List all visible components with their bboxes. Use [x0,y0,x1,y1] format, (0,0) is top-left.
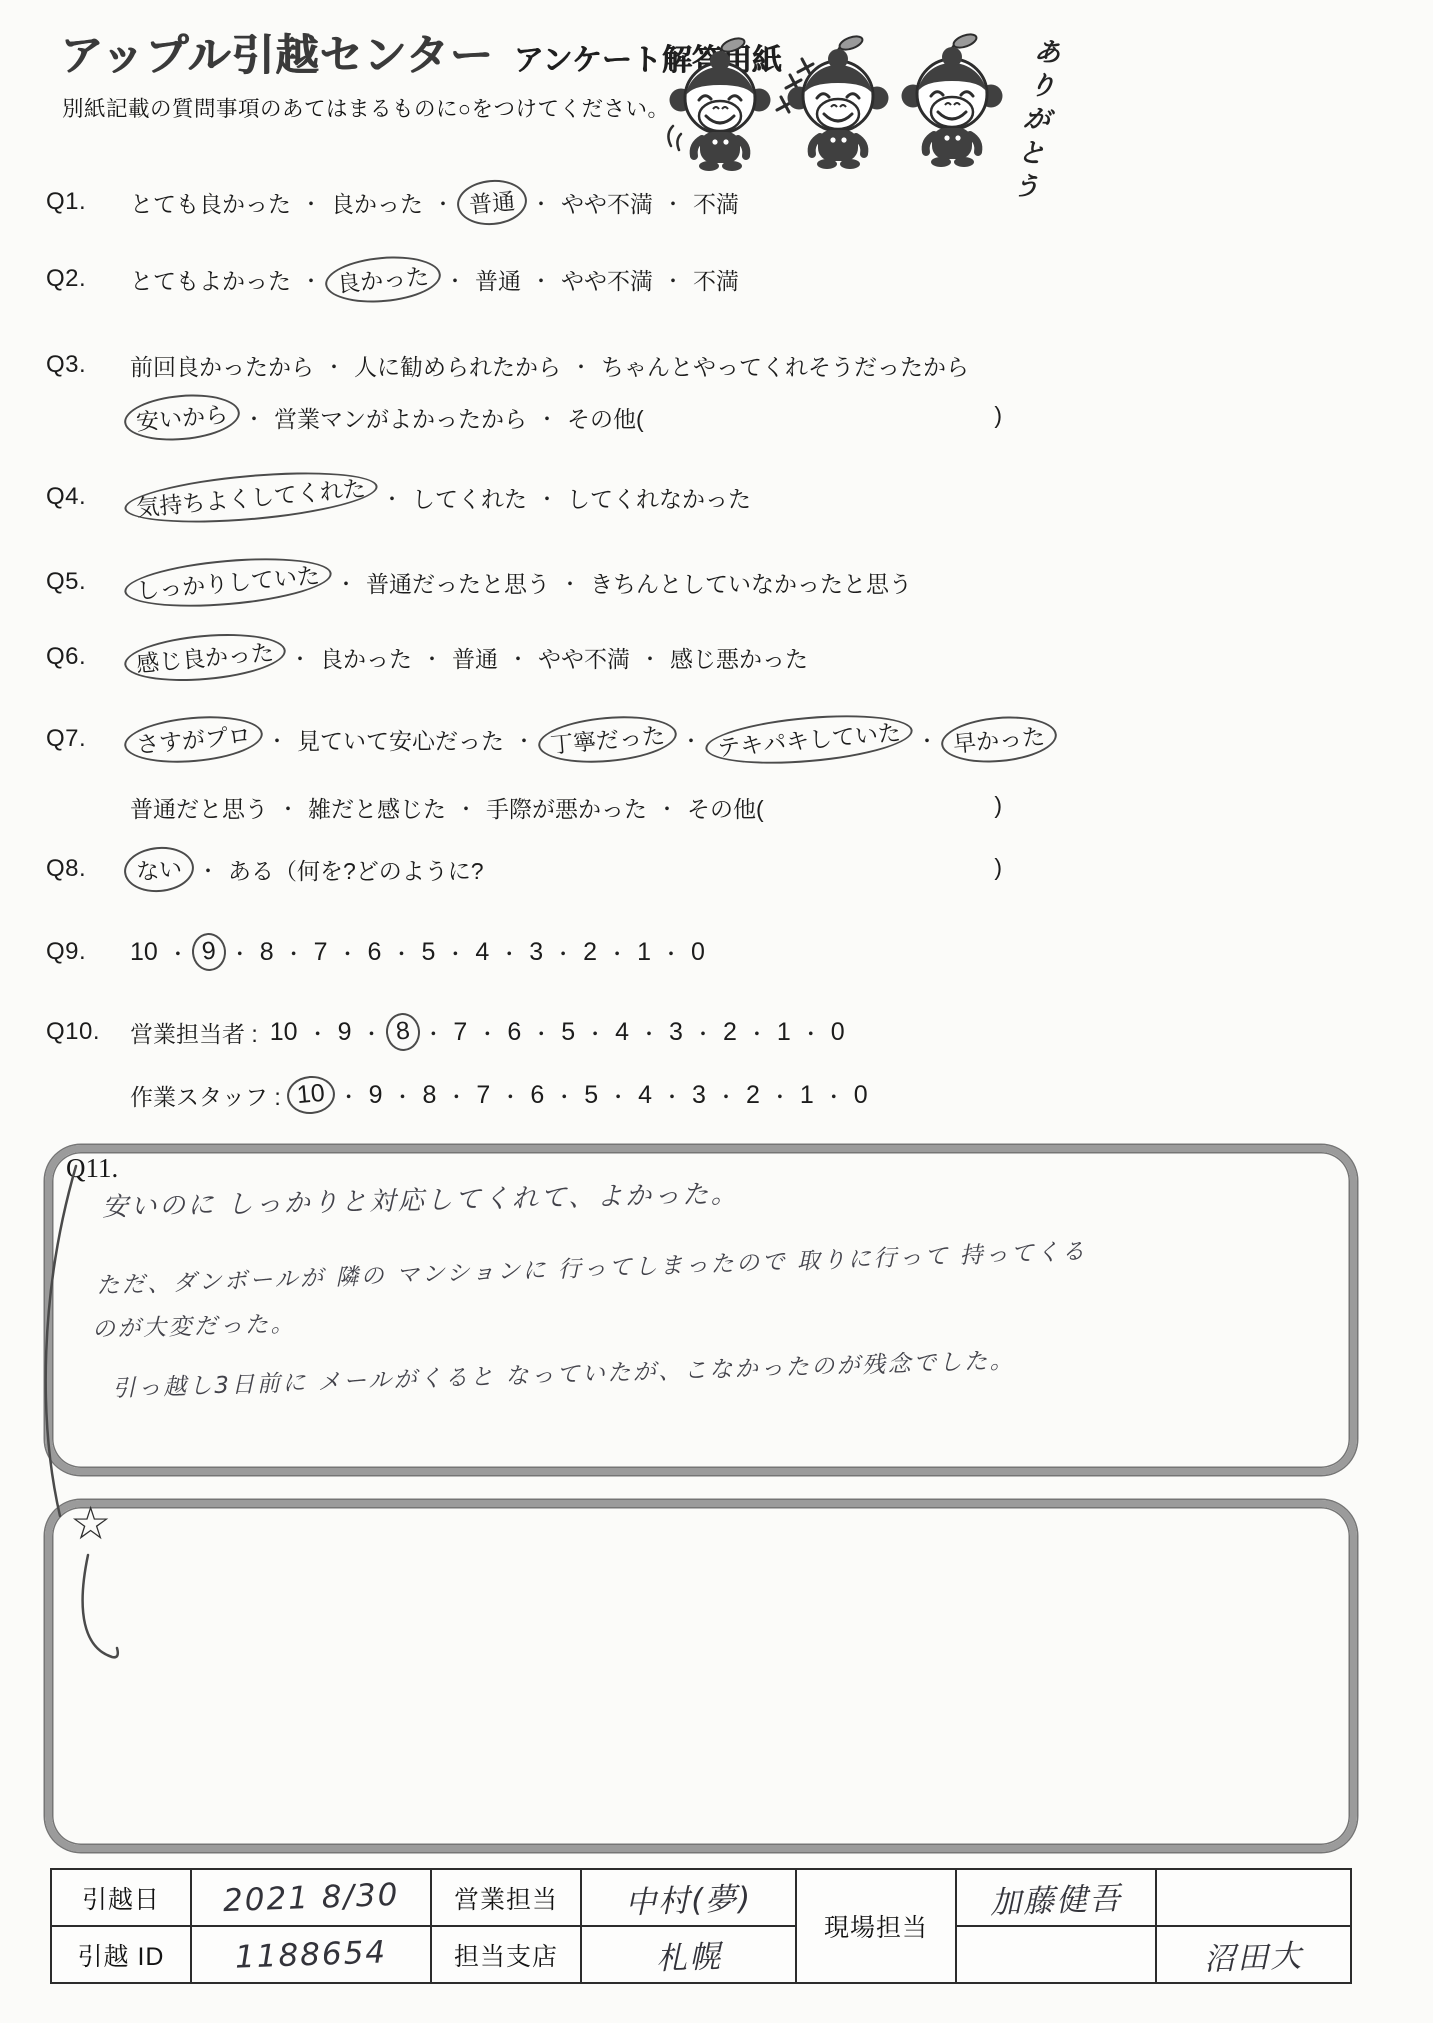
option: 8 [423,1081,437,1110]
option-separator: ・ [747,1018,767,1047]
scale-prefix-label: 作業スタッフ : [130,1079,281,1112]
option-separator: ・ [267,725,287,754]
option-separator: ・ [290,643,310,672]
option: 良かった [331,186,423,219]
option: その他( [687,791,764,824]
survey-page: アップル引越センター アンケート解答用紙 別紙記載の質問事項のあてはまるものに○… [0,0,1433,2023]
question-line-q10-1: Q10.営業担当者 :10・9・8・7・6・5・4・3・2・1・0 [46,1015,1002,1049]
question-id: Q4. [46,483,130,511]
option-separator: ・ [770,1081,790,1110]
option-separator: ・ [433,188,453,217]
option-separator: ・ [531,265,551,294]
option-separator: ・ [639,1018,659,1047]
footer-label-cell: 現場担当 [796,1869,956,1983]
option-separator: ・ [423,1018,443,1047]
option: 0 [691,938,705,967]
question-line-q9: Q9.10・9・8・7・6・5・4・3・2・1・0 [46,935,1002,969]
option-separator: ・ [362,1018,382,1047]
option-separator: ・ [284,938,304,967]
footer-handwritten-cell: 沼田大 [1156,1926,1351,1983]
circled-option: しっかりしていた [122,551,333,614]
option-separator: ・ [301,265,321,294]
question-id: Q9. [46,938,130,966]
option-separator: ・ [560,568,580,597]
option: 7 [453,1018,467,1047]
option-separator: ・ [716,1081,736,1110]
option: 普通 [452,641,498,674]
option: 手際が悪かった [486,791,647,824]
option: 普通だと思う [130,791,268,824]
footer-table-body: 引越日2021 8/30営業担当中村(夢)現場担当加藤健吾引越 ID118865… [51,1869,1351,1983]
close-paren: ) [994,402,1002,429]
option-separator: ・ [661,938,681,967]
footer-label-cell: 引越日 [51,1869,191,1926]
close-paren: ) [994,854,1002,881]
option: 10 [130,938,158,967]
option: 3 [692,1081,706,1110]
circled-option: 安いから [122,390,241,445]
option: 1 [637,938,651,967]
question-id: Q2. [46,265,130,293]
option: 4 [475,938,489,967]
option: とても良かった [130,186,291,219]
option: 5 [584,1081,598,1110]
option: 前回良かったから [130,349,314,382]
option-separator: ・ [244,403,264,432]
star-mark: ☆ [70,1496,111,1550]
option: 2 [723,1018,737,1047]
option-separator: ・ [681,725,701,754]
option-separator: ・ [657,793,677,822]
option-separator: ・ [508,643,528,672]
option: 6 [507,1018,521,1047]
option-separator: ・ [693,1018,713,1047]
option-separator: ・ [824,1081,844,1110]
question-id: Q8. [46,855,130,883]
option: 3 [529,938,543,967]
option-separator: ・ [308,1018,328,1047]
option: きちんとしていなかったと思う [590,566,912,599]
circled-option: 感じ良かった [122,628,287,687]
option: 普通だったと思う [366,566,550,599]
option: 普通 [475,263,521,296]
option: 感じ悪かった [670,641,808,674]
option: 7 [476,1081,490,1110]
option-separator: ・ [477,1018,497,1047]
circled-option: 8 [384,1012,421,1053]
option: 5 [561,1018,575,1047]
option-separator: ・ [198,855,218,884]
option-separator: ・ [531,188,551,217]
option: 2 [583,938,597,967]
question-id: Q3. [46,351,130,379]
question-id: Q6. [46,643,130,671]
option: 4 [615,1018,629,1047]
footer-handwritten-cell: 1188654 [191,1926,431,1983]
footer-handwritten-cell: 2021 8/30 [191,1869,431,1926]
option-separator: ・ [554,1081,574,1110]
question-line-q3-2: 安いから・営業マンがよかったから・その他() [46,400,1002,434]
option: 7 [314,938,328,967]
option-separator: ・ [553,938,573,967]
option-separator: ・ [336,568,356,597]
footer-handwritten-cell: 中村(夢) [581,1869,796,1926]
circled-option: 気持ちよくしてくれた [123,464,380,531]
footer-handwritten-cell [1156,1869,1351,1926]
question-id: Q5. [46,568,130,596]
monkey-mascot-2 [788,34,889,169]
option-separator: ・ [339,1081,359,1110]
footer-handwritten-cell: 加藤健吾 [956,1869,1156,1926]
option-separator: ・ [608,1081,628,1110]
option-separator: ・ [801,1018,821,1047]
question-id: Q1. [46,188,130,216]
option: 1 [800,1081,814,1110]
option: 6 [530,1081,544,1110]
option: 不満 [693,186,739,219]
footer-table-row: 引越 ID1188654担当支店札幌沼田大 [51,1926,1351,1983]
circled-option: ない [122,844,196,895]
option-separator: ・ [607,938,627,967]
footer-label-cell: 営業担当 [431,1869,581,1926]
option: 営業マンがよかったから [274,401,527,434]
question-line-q1: Q1.とても良かった・良かった・普通・やや不満・不満 [46,185,1002,219]
option-separator: ・ [531,1018,551,1047]
option-separator: ・ [640,643,660,672]
option: 雑だと感じた [308,791,446,824]
question-line-q3-1: Q3.前回良かったから・人に勧められたから・ちゃんとやってくれそうだったから [46,348,1002,382]
instruction-text: 別紙記載の質問事項のあてはまるものに○をつけてください。 [62,92,670,123]
question-line-q5: Q5.しっかりしていた・普通だったと思う・きちんとしていなかったと思う [46,565,1002,599]
question-line-q4: Q4.気持ちよくしてくれた・してくれた・してくれなかった [46,480,1002,514]
option-separator: ・ [391,938,411,967]
footer-table: 引越日2021 8/30営業担当中村(夢)現場担当加藤健吾引越 ID118865… [50,1868,1352,1984]
option-separator: ・ [500,1081,520,1110]
handwritten-comment-line: のが大変だった。 [92,1305,297,1344]
monkey-mascot-1 [670,36,771,171]
footer-handwritten-cell [956,1926,1156,1983]
extra-comment-box [45,1500,1357,1852]
question-line-q10-2: 作業スタッフ :10・9・8・7・6・5・4・3・2・1・0 [46,1078,1002,1112]
option: やや不満 [538,641,630,674]
option: 見ていて安心だった [297,723,504,756]
option-separator: ・ [663,265,683,294]
monkey-mascots [665,30,1015,175]
footer-label-cell: 引越 ID [51,1926,191,1983]
option: 3 [669,1018,683,1047]
option: 6 [368,938,382,967]
circled-option: テキパキしていた [703,708,914,771]
footer-label-cell: 担当支店 [431,1926,581,1983]
motion-lines-icon [668,126,681,150]
circled-option: 早かった [939,712,1058,767]
option-separator: ・ [446,1081,466,1110]
option: 良かった [320,641,412,674]
option: してくれなかった [567,481,751,514]
circled-option: さすがプロ [122,711,264,768]
option-separator: ・ [445,938,465,967]
question-line-q7-2: 普通だと思う・雑だと感じた・手際が悪かった・その他() [46,790,1002,824]
option-separator: ・ [917,725,937,754]
footer-handwritten-cell: 札幌 [581,1926,796,1983]
circled-option: 普通 [455,177,529,228]
option: 不満 [693,263,739,296]
circled-option: 丁寧だった [536,711,678,768]
question-line-q7-1: Q7.さすがプロ・見ていて安心だった・丁寧だった・テキパキしていた・早かった [46,722,1002,756]
option-separator: ・ [537,483,557,512]
question-id: Q10. [46,1018,130,1046]
option-separator: ・ [422,643,442,672]
option: 9 [369,1081,383,1110]
option: してくれた [412,481,527,514]
option-separator: ・ [278,793,298,822]
option: ある（何を?どのように? [228,853,484,886]
option: 0 [831,1018,845,1047]
option-separator: ・ [537,403,557,432]
option-separator: ・ [230,938,250,967]
option-separator: ・ [499,938,519,967]
option-separator: ・ [338,938,358,967]
option-separator: ・ [663,188,683,217]
scale-prefix-label: 営業担当者 : [130,1016,258,1049]
question-id: Q7. [46,725,130,753]
option: 4 [638,1081,652,1110]
circled-option: 9 [190,932,227,973]
option: 5 [421,938,435,967]
option: 人に勧められたから [354,349,561,382]
brand-title: アップル引越センター [60,22,494,83]
q11-label: Q11. [66,1153,118,1184]
monkey-mascot-3 [902,32,1003,167]
option-separator: ・ [168,938,188,967]
footer-table-row: 引越日2021 8/30営業担当中村(夢)現場担当加藤健吾 [51,1869,1351,1926]
option-separator: ・ [662,1081,682,1110]
option: ちゃんとやってくれそうだったから [601,349,969,382]
option: 1 [777,1018,791,1047]
option: 10 [270,1018,298,1047]
option: 0 [854,1081,868,1110]
option-separator: ・ [456,793,476,822]
option: その他( [567,401,644,434]
option: やや不満 [561,263,653,296]
question-line-q8: Q8.ない・ある（何を?どのように?) [46,852,1002,886]
option: やや不満 [561,186,653,219]
question-line-q2: Q2.とてもよかった・良かった・普通・やや不満・不満 [46,262,1002,296]
option: 8 [260,938,274,967]
option-separator: ・ [585,1018,605,1047]
option-separator: ・ [382,483,402,512]
option-separator: ・ [301,188,321,217]
option-separator: ・ [393,1081,413,1110]
circled-option: 10 [285,1074,336,1116]
option-separator: ・ [445,265,465,294]
circled-option: 良かった [323,252,442,307]
option-separator: ・ [571,351,591,380]
close-paren: ) [994,792,1002,819]
option: 9 [338,1018,352,1047]
option-separator: ・ [514,725,534,754]
question-line-q6: Q6.感じ良かった・良かった・普通・やや不満・感じ悪かった [46,640,1002,674]
option: とてもよかった [130,263,291,296]
option: 2 [746,1081,760,1110]
option-separator: ・ [324,351,344,380]
